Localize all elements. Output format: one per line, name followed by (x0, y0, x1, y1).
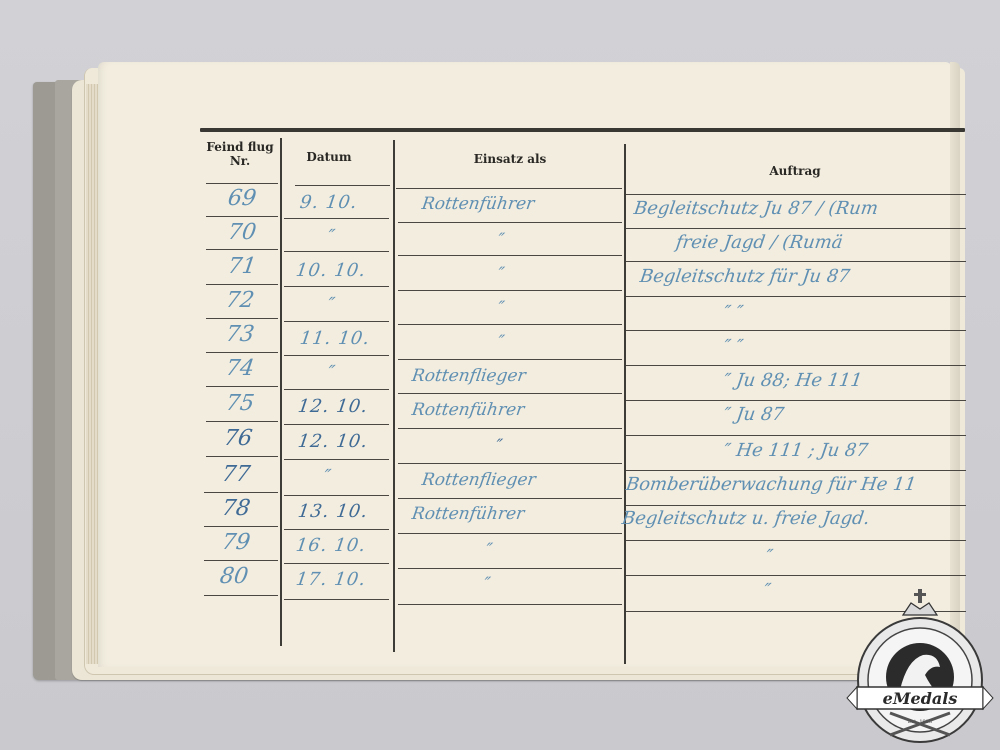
entry-nr: 79 (220, 530, 252, 555)
row-rule (398, 533, 622, 534)
entry-nr: 71 (226, 254, 258, 279)
emedals-watermark: eMedals Est. 1983 (845, 585, 995, 750)
row-rule (284, 251, 389, 252)
entry-role: ″ (485, 540, 494, 560)
entry-role: Rottenführer (411, 504, 526, 524)
row-rule (398, 428, 622, 429)
entry-role: ″ (497, 264, 506, 284)
entry-date: 9. 10. (299, 192, 359, 213)
header-auftrag: Auftrag (625, 164, 965, 178)
entry-date: 10. 10. (295, 260, 368, 281)
entry-nr: 78 (220, 496, 252, 521)
entry-role: Rottenflieger (411, 366, 527, 386)
column-divider (624, 144, 626, 664)
entry-mission: Begleitschutz Ju 87 / (Rum (633, 198, 880, 219)
entry-date: 16. 10. (295, 535, 368, 556)
entry-mission: ″ Ju 87 (723, 404, 786, 425)
column-divider (280, 138, 282, 646)
logo-brand-text: eMedals (883, 689, 958, 708)
row-rule (284, 599, 389, 600)
row-rule (626, 296, 966, 297)
row-rule (204, 526, 278, 527)
header-rule (626, 194, 966, 195)
row-rule (206, 216, 278, 217)
page-edges (86, 84, 98, 664)
row-rule (204, 560, 278, 561)
header-einsatz-als: Einsatz als (395, 152, 625, 166)
entry-date: 11. 10. (299, 328, 372, 349)
entry-date: 13. 10. (297, 501, 370, 522)
row-rule (398, 359, 622, 360)
entry-nr: 74 (224, 356, 256, 381)
row-rule (206, 456, 278, 457)
entry-date: ″ (323, 466, 334, 487)
emedals-logo-icon: eMedals Est. 1983 (845, 585, 995, 750)
row-rule (284, 495, 389, 496)
row-rule (284, 529, 389, 530)
row-rule (626, 228, 966, 229)
row-rule (204, 595, 278, 596)
row-rule (626, 261, 966, 262)
row-rule (626, 435, 966, 436)
row-rule (284, 355, 389, 356)
entry-role: ″ (497, 230, 506, 250)
row-rule (284, 286, 389, 287)
entry-date: ″ (327, 362, 338, 383)
entry-role: ″ (495, 436, 504, 456)
row-rule (206, 284, 278, 285)
entry-nr: 76 (222, 426, 254, 451)
row-rule (206, 352, 278, 353)
entry-mission: ″ (765, 546, 775, 567)
row-rule (398, 290, 622, 291)
row-rule (284, 218, 389, 219)
row-rule (626, 505, 966, 506)
header-rule (295, 185, 390, 186)
row-rule (626, 540, 966, 541)
row-rule (398, 463, 622, 464)
entry-role: Rottenflieger (421, 470, 537, 490)
row-rule (626, 330, 966, 331)
entry-mission: Begleitschutz für Ju 87 (639, 266, 852, 287)
entry-role: ″ (497, 298, 506, 318)
row-rule (206, 421, 278, 422)
header-rule (206, 183, 278, 184)
entry-nr: 70 (226, 220, 258, 245)
column-divider (393, 140, 395, 652)
row-rule (284, 321, 389, 322)
header-feindflug-nr: Feind flug Nr. (200, 140, 280, 168)
row-rule (398, 255, 622, 256)
entry-date: 12. 10. (297, 431, 370, 452)
row-rule (626, 470, 966, 471)
entry-nr: 72 (224, 288, 256, 313)
row-rule (398, 568, 622, 569)
entry-date: 12. 10. (297, 396, 370, 417)
row-rule (398, 324, 622, 325)
entry-nr: 73 (224, 322, 256, 347)
entry-mission: Begleitschutz u. freie Jagd. (621, 508, 871, 529)
row-rule (284, 424, 389, 425)
entry-nr: 77 (220, 462, 252, 487)
header-datum: Datum (280, 150, 378, 164)
row-rule (398, 604, 622, 605)
header-top-rule (200, 128, 965, 132)
row-rule (626, 400, 966, 401)
entry-mission: ″ ″ (723, 336, 745, 357)
header-rule (396, 188, 622, 189)
row-rule (284, 459, 389, 460)
row-rule (626, 575, 966, 576)
entry-role: Rottenführer (411, 400, 526, 420)
row-rule (626, 365, 966, 366)
entry-date: 17. 10. (295, 569, 368, 590)
row-rule (284, 563, 389, 564)
entry-nr: 69 (226, 186, 258, 211)
row-rule (398, 222, 622, 223)
row-rule (206, 318, 278, 319)
row-rule (204, 492, 278, 493)
entry-mission: ″ Ju 88; He 111 (723, 370, 864, 391)
row-rule (398, 498, 622, 499)
entry-mission: ″ (763, 580, 773, 601)
row-rule (206, 386, 278, 387)
row-rule (398, 393, 622, 394)
row-rule (284, 389, 389, 390)
entry-date: ″ (327, 226, 338, 247)
entry-date: ″ (327, 294, 338, 315)
entry-mission: ″ He 111 ; Ju 87 (723, 440, 870, 461)
entry-nr: 75 (224, 391, 256, 416)
entry-role: Rottenführer (421, 194, 536, 214)
entry-role: ″ (497, 332, 506, 352)
entry-mission: freie Jagd / (Rumä (675, 232, 844, 253)
entry-role: ″ (483, 574, 492, 594)
logbook-table: Feind flug Nr. Datum Einsatz als Auftrag (200, 128, 960, 648)
entry-mission: Bomberüberwachung für He 11 (625, 474, 918, 495)
entry-mission: ″ ″ (723, 302, 745, 323)
row-rule (206, 249, 278, 250)
entry-nr: 80 (218, 564, 250, 589)
